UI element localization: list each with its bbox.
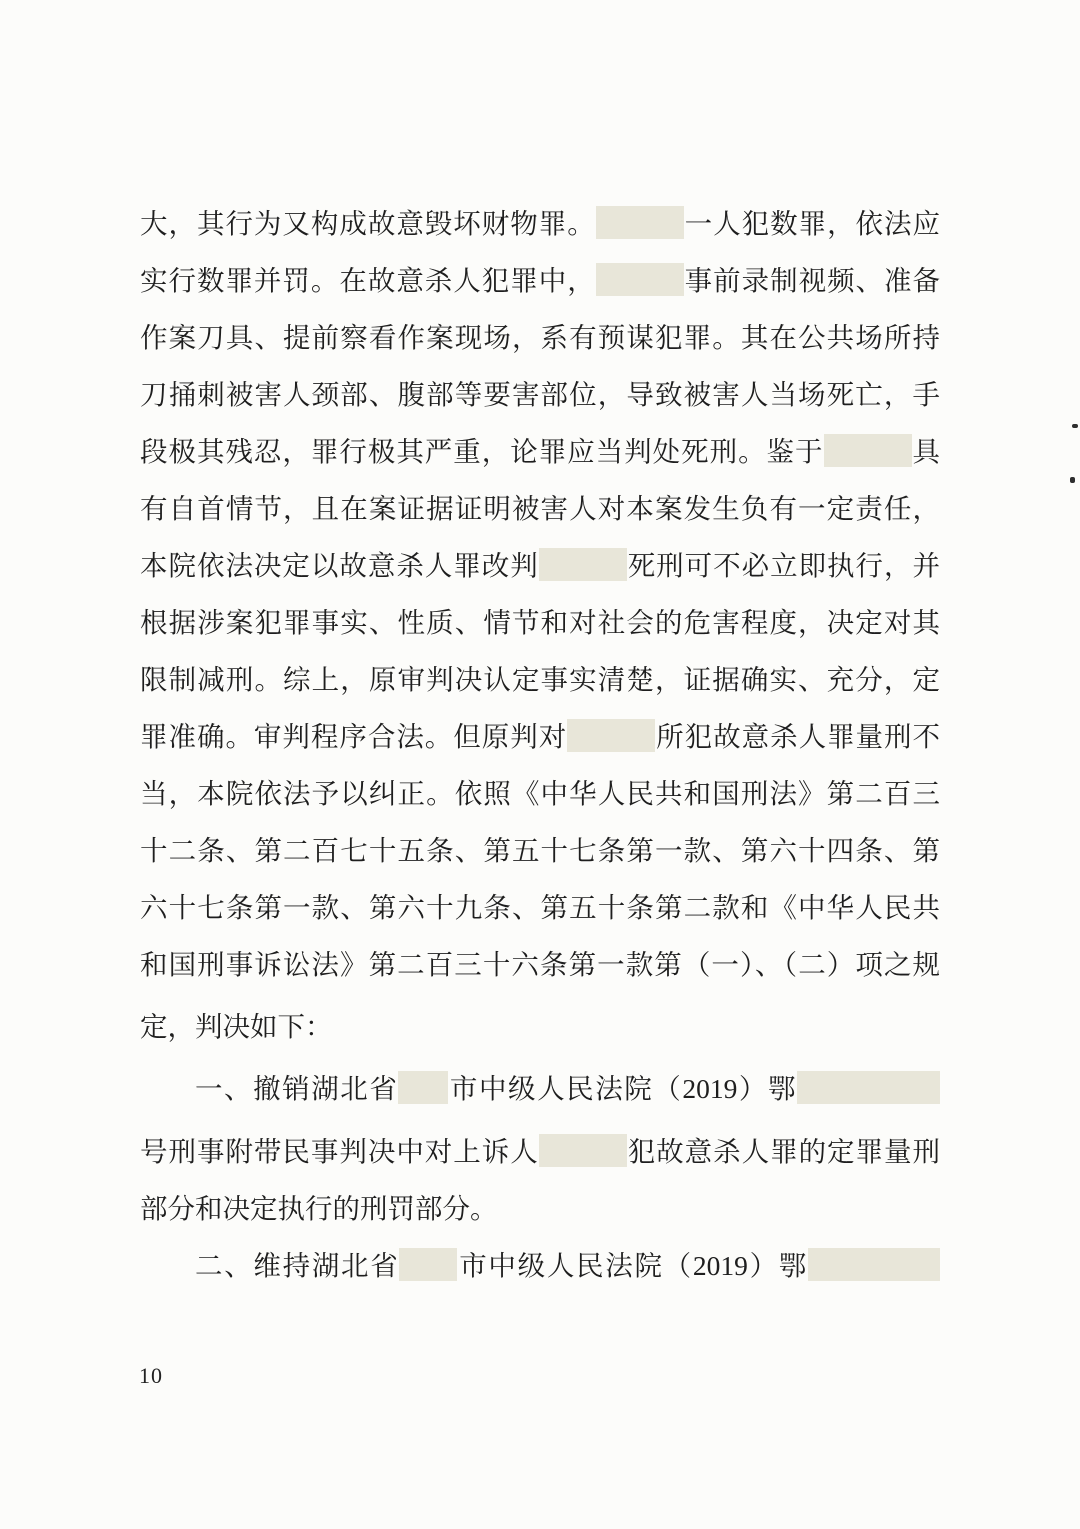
redaction-box [539, 1134, 627, 1167]
text-segment: 号刑事附带民事判决中对上诉人 [140, 1136, 539, 1167]
text-line: 罪准确。审判程序合法。但原判对所犯故意杀人罪量刑不 [140, 708, 940, 765]
text-segment: 有自首情节，且在案证据证明被害人对本案发生负有一定责任， [140, 493, 940, 524]
text-segment: 刀捅刺被害人颈部、腹部等要害部位，导致被害人当场死亡，手 [140, 379, 940, 410]
redaction-box [797, 1071, 940, 1104]
text-segment: 犯故意杀人罪的定罪量刑 [627, 1136, 940, 1167]
text-line: 定，判决如下： [140, 998, 940, 1055]
text-segment: 市中级人民法院（2019）鄂 [448, 1073, 797, 1104]
text-segment: 罪准确。审判程序合法。但原判对 [140, 721, 567, 752]
redaction-box [824, 434, 912, 467]
text-segment: 死刑可不必立即执行，并 [627, 550, 940, 581]
text-segment: 本院依法决定以故意杀人罪改判 [140, 550, 539, 581]
text-segment: 十二条、第二百七十五条、第五十七条第一款、第六十四条、第 [140, 835, 940, 866]
redaction-box [398, 1071, 448, 1104]
text-segment: 大，其行为又构成故意毁坏财物罪。 [140, 208, 596, 239]
redaction-box [596, 206, 684, 239]
text-line: 限制减刑。综上，原审判决认定事实清楚，证据确实、充分，定 [140, 651, 940, 708]
text-segment: 市中级人民法院（2019）鄂 [457, 1250, 808, 1281]
redaction-box [596, 263, 684, 296]
text-line: 一、撤销湖北省市中级人民法院（2019）鄂 [140, 1060, 940, 1117]
text-line: 刀捅刺被害人颈部、腹部等要害部位，导致被害人当场死亡，手 [140, 366, 940, 423]
text-line: 六十七条第一款、第六十九条、第五十条第二款和《中华人民共 [140, 879, 940, 936]
text-segment: 当，本院依法予以纠正。依照《中华人民共和国刑法》第二百三 [140, 778, 940, 809]
page-number: 10 [139, 1363, 163, 1389]
text-segment: 一人犯数罪，依法应 [684, 208, 940, 239]
document-body: 大，其行为又构成故意毁坏财物罪。一人犯数罪，依法应实行数罪并罚。在故意杀人犯罪中… [140, 195, 940, 1294]
text-line: 号刑事附带民事判决中对上诉人犯故意杀人罪的定罪量刑 [140, 1123, 940, 1180]
text-segment: 实行数罪并罚。在故意杀人犯罪中， [140, 265, 596, 296]
redaction-box [808, 1248, 940, 1281]
redaction-box [539, 548, 627, 581]
text-line: 根据涉案犯罪事实、性质、情节和对社会的危害程度，决定对其 [140, 594, 940, 651]
text-line: 本院依法决定以故意杀人罪改判死刑可不必立即执行，并 [140, 537, 940, 594]
text-line: 作案刀具、提前察看作案现场，系有预谋犯罪。其在公共场所持 [140, 309, 940, 366]
text-line: 有自首情节，且在案证据证明被害人对本案发生负有一定责任， [140, 480, 940, 537]
text-segment: 事前录制视频、准备 [684, 265, 940, 296]
text-segment: 二、维持湖北省 [195, 1250, 399, 1281]
text-segment: 所犯故意杀人罪量刑不 [655, 721, 940, 752]
text-line: 大，其行为又构成故意毁坏财物罪。一人犯数罪，依法应 [140, 195, 940, 252]
redaction-box [567, 719, 655, 752]
scanned-judgment-page: 大，其行为又构成故意毁坏财物罪。一人犯数罪，依法应实行数罪并罚。在故意杀人犯罪中… [0, 0, 1080, 1529]
scan-speck [1072, 424, 1078, 428]
text-segment: 一、撤销湖北省 [195, 1073, 398, 1104]
text-line: 十二条、第二百七十五条、第五十七条第一款、第六十四条、第 [140, 822, 940, 879]
text-segment: 作案刀具、提前察看作案现场，系有预谋犯罪。其在公共场所持 [140, 322, 940, 353]
text-segment: 根据涉案犯罪事实、性质、情节和对社会的危害程度，决定对其 [140, 607, 940, 638]
scan-speck [1070, 477, 1075, 483]
text-segment: 定，判决如下： [140, 1011, 333, 1042]
text-segment: 段极其残忍，罪行极其严重，论罪应当判处死刑。鉴于 [140, 436, 824, 467]
text-segment: 六十七条第一款、第六十九条、第五十条第二款和《中华人民共 [140, 892, 940, 923]
text-line: 部分和决定执行的刑罚部分。 [140, 1180, 940, 1237]
text-line: 实行数罪并罚。在故意杀人犯罪中，事前录制视频、准备 [140, 252, 940, 309]
text-line: 当，本院依法予以纠正。依照《中华人民共和国刑法》第二百三 [140, 765, 940, 822]
text-line: 段极其残忍，罪行极其严重，论罪应当判处死刑。鉴于具 [140, 423, 940, 480]
text-segment: 部分和决定执行的刑罚部分。 [140, 1193, 498, 1224]
text-line: 和国刑事诉讼法》第二百三十六条第一款第（一）、（二）项之规 [140, 936, 940, 993]
text-line: 二、维持湖北省市中级人民法院（2019）鄂 [140, 1237, 940, 1294]
redaction-box [399, 1248, 457, 1281]
text-segment: 和国刑事诉讼法》第二百三十六条第一款第（一）、（二）项之规 [140, 949, 940, 980]
text-segment: 限制减刑。综上，原审判决认定事实清楚，证据确实、充分，定 [140, 664, 940, 695]
text-segment: 具 [912, 436, 940, 467]
